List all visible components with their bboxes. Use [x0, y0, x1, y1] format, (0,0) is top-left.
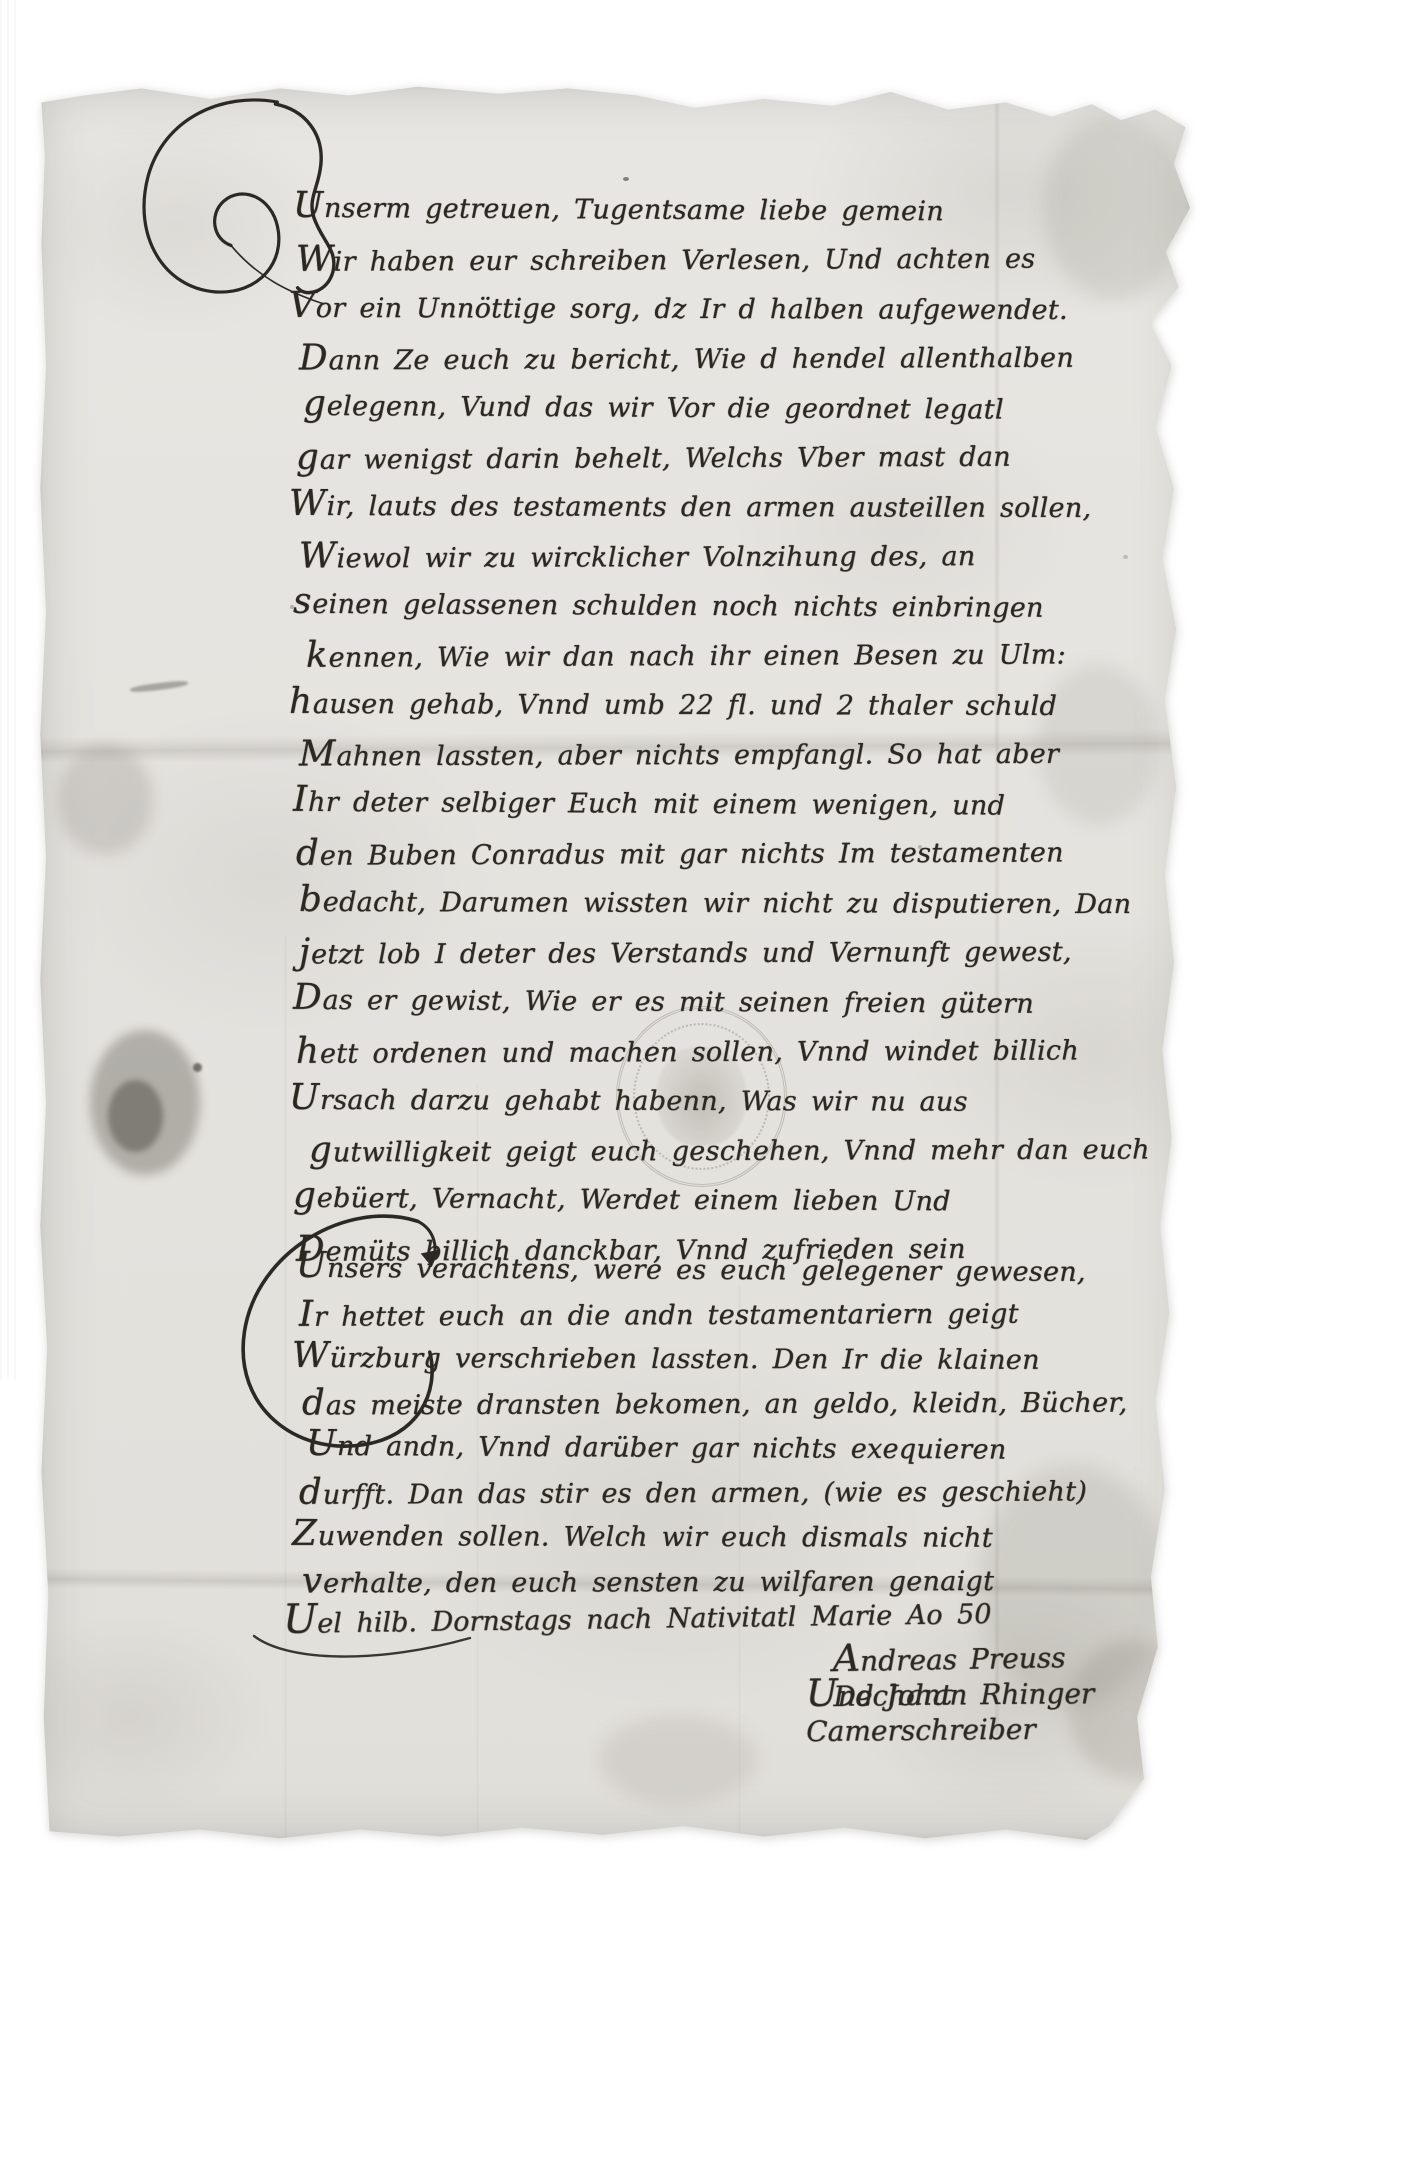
letter-body-paragraph-1: Unserm getreuen, Tugentsame liebe gemein…: [293, 185, 1129, 1274]
manuscript-line: Dann Ze euch zu bericht, Wie d hendel al…: [299, 332, 1135, 384]
manuscript-line: Mahnen lassten, aber nichts empfangl. So…: [299, 728, 1135, 780]
manuscript-line: Wir haben eur schreiben Verlesen, Und ac…: [296, 233, 1132, 286]
manuscript-line: Vor ein Unnöttige sorg, dz Ir d halben a…: [289, 283, 1125, 335]
manuscript-line: gutwilligkeit geigt euch geschehen, Vnnd…: [299, 1124, 1135, 1176]
faint-pencil-annotation: [130, 679, 188, 693]
scanner-streak-artifact: [0, 0, 16, 1380]
manuscript-line: Das er gewist, Wie er es mit seinen frei…: [293, 975, 1129, 1029]
manuscript-line: gebüert, Vernacht, Werdet einem lieben U…: [293, 1173, 1129, 1227]
manuscript-line: Würzburg verschrieben lassten. Den Ir di…: [292, 1335, 1128, 1382]
manuscript-line: bedacht, Darumen wissten wir nicht zu di…: [289, 877, 1125, 929]
manuscript-line: Wiewol wir zu wircklicher Volnzihung des…: [299, 530, 1135, 582]
manuscript-line: Wir, lauts des testaments den armen aust…: [289, 481, 1125, 533]
manuscript-line: seinen gelassenen schulden noch nichts e…: [293, 579, 1129, 633]
manuscript-line: gelegenn, Vund das wir Vor die geordnet …: [293, 381, 1129, 435]
manuscript-line: Ursach darzu gehabt habenn, Was wir nu a…: [289, 1075, 1125, 1127]
manuscript-line: gar wenigst darin behelt, Welchs Vber ma…: [296, 431, 1132, 484]
manuscript-line: Zuwenden sollen. Welch wir euch dismals …: [292, 1513, 1128, 1560]
manuscript-line: Ihr deter selbiger Euch mit einem wenige…: [293, 777, 1129, 831]
manuscript-line: das meiste dransten bekomen, an geldo, k…: [302, 1379, 1138, 1426]
letter-body-paragraph-2: Unsers verachtens, were es euch gelegene…: [296, 1247, 1132, 1603]
manuscript-line: Ir hettet euch an die andn testamentarie…: [299, 1290, 1135, 1338]
manuscript-line: hett ordenen und machen sollen, Vnnd win…: [296, 1025, 1132, 1078]
manuscript-sheet: Unserm getreuen, Tugentsame liebe gemein…: [38, 85, 1190, 1840]
foxing-stain-bottom-center: [598, 1715, 758, 1805]
manuscript-line: Und andn, Vnnd darüber gar nichts exequi…: [296, 1423, 1132, 1472]
manuscript-line: Unsers verachtens, were es euch gelegene…: [296, 1245, 1132, 1294]
manuscript-line: Unserm getreuen, Tugentsame liebe gemein: [293, 183, 1129, 237]
manuscript-line: den Buben Conradus mit gar nichts Im tes…: [296, 827, 1132, 880]
manuscript-line: hausen gehab, Vnnd umb 22 fl. und 2 thal…: [289, 679, 1125, 731]
foxing-stain: [58, 745, 153, 855]
manuscript-line: durfft. Dan das stir es den armen, (wie …: [299, 1468, 1135, 1516]
paper-surface: Unserm getreuen, Tugentsame liebe gemein…: [38, 85, 1190, 1840]
dark-stain-core: [108, 1080, 163, 1152]
signature-chamber-scribe: Und Johan Rhinger Camerschreiber: [806, 1667, 1191, 1748]
scanned-document: Unserm getreuen, Tugentsame liebe gemein…: [0, 0, 1422, 2175]
ink-fleck: [623, 177, 629, 181]
manuscript-line: kennen, Wie wir dan nach ihr einen Besen…: [296, 629, 1132, 682]
ink-speck-stain: [193, 1063, 202, 1072]
manuscript-line: jetzt lob I deter des Verstands und Vern…: [299, 926, 1135, 978]
